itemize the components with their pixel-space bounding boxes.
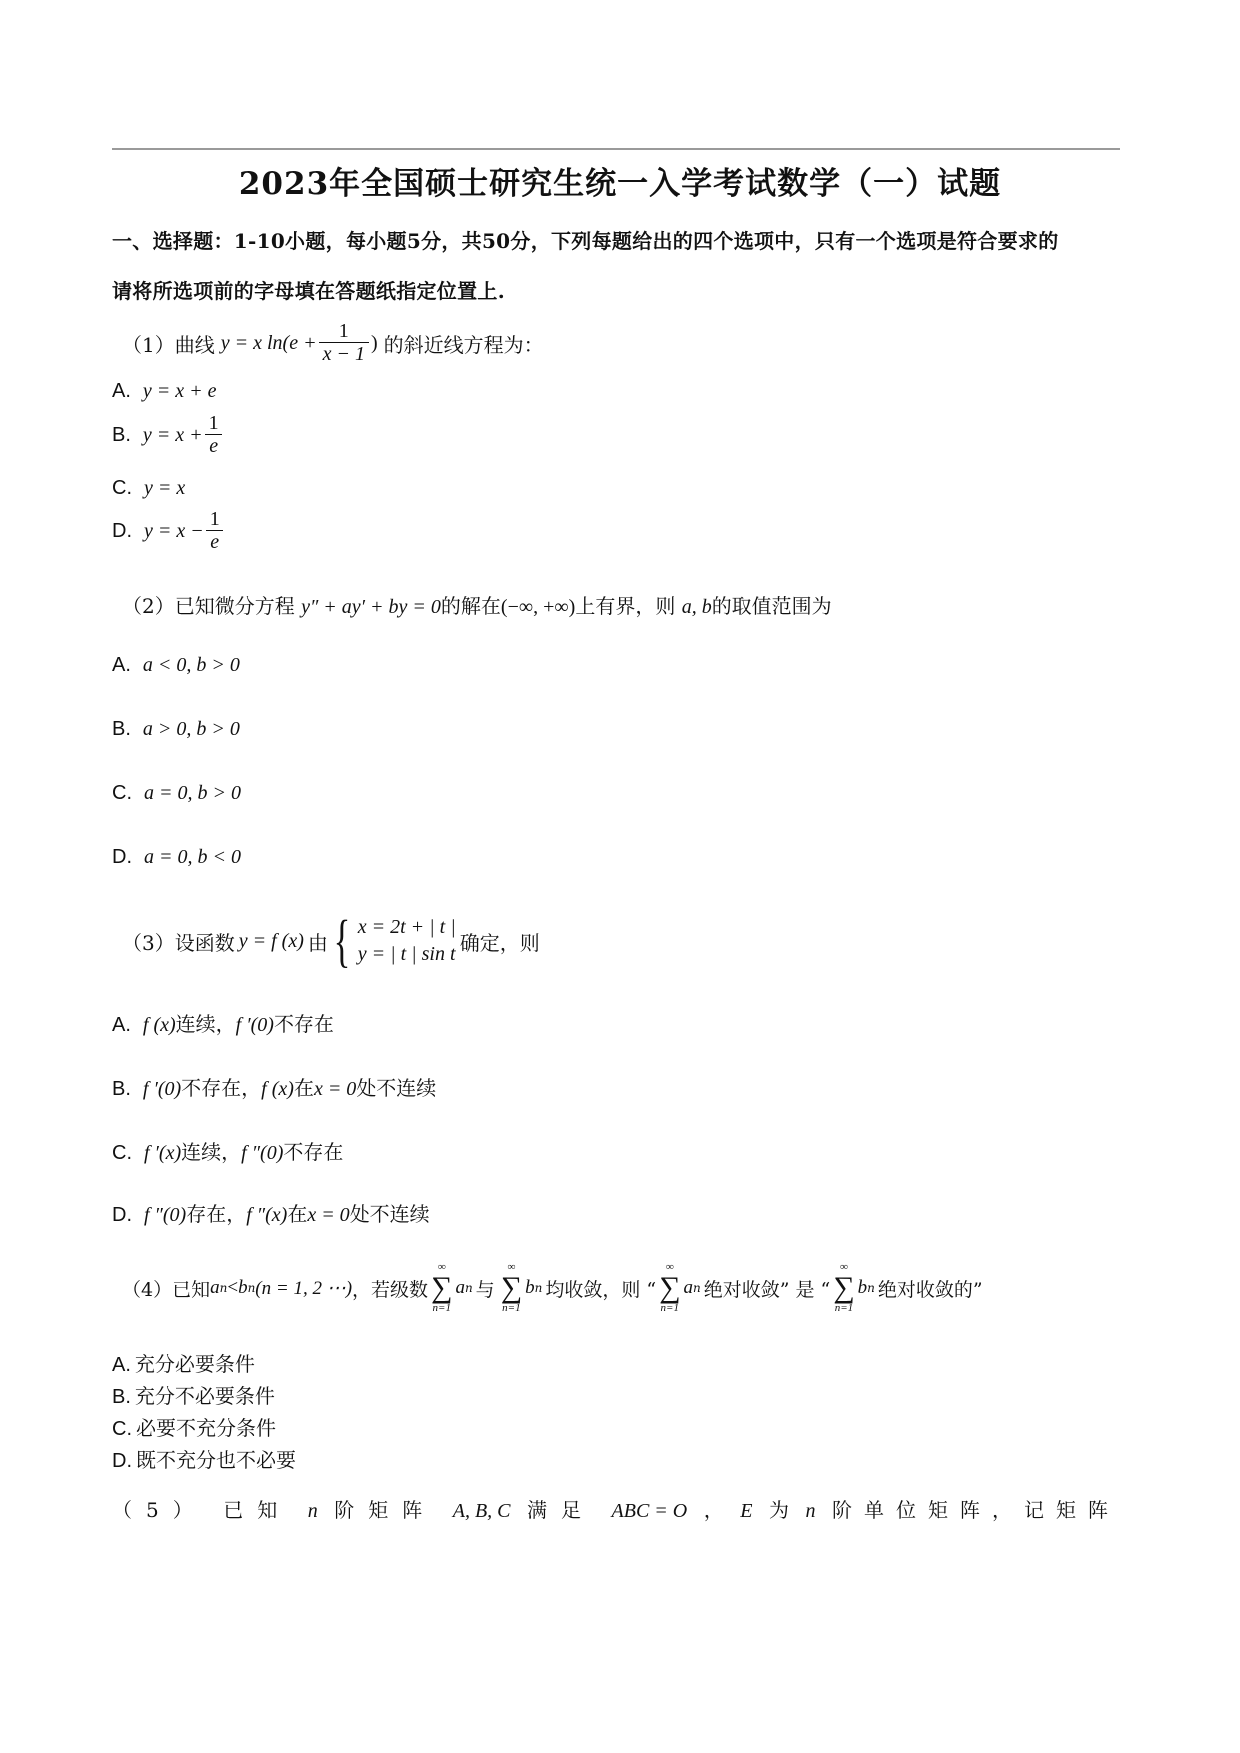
section-header-line1: 一、选择题：1-10小题，每小题5分，共50分，下列每题给出的四个选项中，只有一… <box>112 225 1059 254</box>
question-4-stem: （4）已知 an < bn (n = 1, 2 ⋯) ，若级数 ∞∑n=1 an… <box>122 1255 983 1321</box>
option-1d: D.y = x − 1e <box>112 508 226 554</box>
option-1a: A.y = x + e <box>112 378 217 403</box>
option-4c: C.必要不充分条件 <box>112 1412 276 1441</box>
left-brace-icon: { <box>333 912 350 970</box>
summation-icon: ∞∑n=1 <box>659 1262 680 1314</box>
option-2d: D.a = 0, b < 0 <box>112 844 241 869</box>
section-header-line2: 请将所选项前的字母填在答题纸指定位置上. <box>112 275 505 304</box>
option-3c: C.f ′(x)连续，f ″(0)不存在 <box>112 1136 343 1165</box>
option-2c: C.a = 0, b > 0 <box>112 780 241 805</box>
fraction: 1 x − 1 <box>319 320 369 366</box>
option-3b: B.f ′(0)不存在，f (x)在x = 0处不连续 <box>112 1072 436 1101</box>
header-rule <box>112 148 1120 150</box>
summation-icon: ∞∑n=1 <box>501 1262 522 1314</box>
question-3-stem: （3）设函数 y = f (x)由 { x = 2t + | t | y = |… <box>122 905 540 977</box>
option-2a: A.a < 0, b > 0 <box>112 652 240 677</box>
question-2-stem: （2）已知微分方程 y″ + ay′ + by = 0的解在(−∞, +∞)上有… <box>122 590 832 619</box>
option-4d: D.既不充分也不必要 <box>112 1444 296 1473</box>
option-1b: B.y = x + 1e <box>112 412 225 458</box>
question-5-stem: （5） 已知 n 阶矩阵 A, B, C 满足 ABC = O ， E 为 n … <box>112 1494 1120 1523</box>
page-title: 2023年全国硕士研究生统一入学考试数学（一）试题 <box>0 158 1240 203</box>
option-3a: A.f (x)连续，f ′(0)不存在 <box>112 1008 334 1037</box>
option-2b: B.a > 0, b > 0 <box>112 716 240 741</box>
option-1c: C.y = x <box>112 475 185 500</box>
option-3d: D.f ″(0)存在，f ″(x)在x = 0处不连续 <box>112 1198 430 1227</box>
summation-icon: ∞∑n=1 <box>833 1262 854 1314</box>
piecewise-system: { x = 2t + | t | y = | t | sin t <box>328 912 456 970</box>
question-number: （1） <box>122 329 175 358</box>
option-4a: A.充分必要条件 <box>112 1348 255 1377</box>
option-4b: B.充分不必要条件 <box>112 1380 275 1409</box>
math-expression: y = x ln(e + <box>221 332 317 355</box>
summation-icon: ∞∑n=1 <box>431 1262 452 1314</box>
question-1-stem: （1） 曲线 y = x ln(e + 1 x − 1 ) 的斜近线方程为： <box>122 318 544 368</box>
